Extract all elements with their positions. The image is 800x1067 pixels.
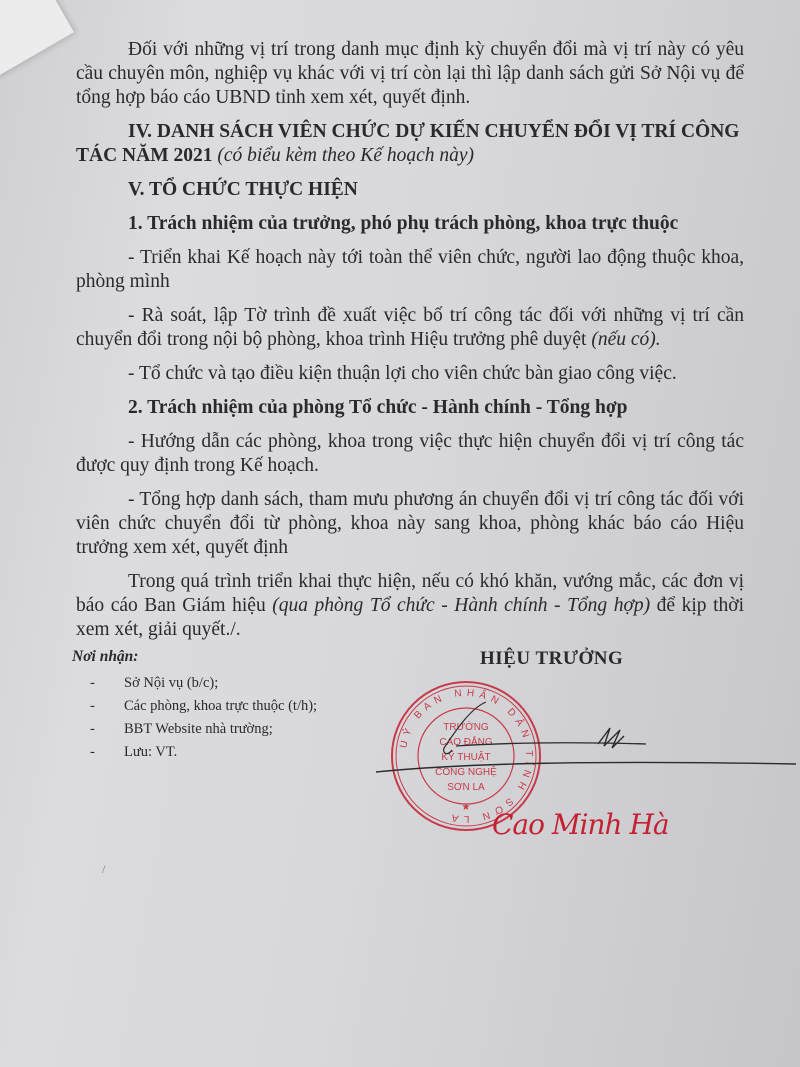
signer-title: HIỆU TRƯỞNG: [480, 648, 623, 670]
signer-name: Cao Minh Hà: [492, 808, 669, 841]
body-paragraph: - Tổng hợp danh sách, tham mưu phương án…: [76, 488, 744, 560]
recipient-item: -Lưu: VT.: [72, 741, 317, 764]
body-paragraph: - Rà soát, lập Tờ trình đề xuất việc bố …: [76, 304, 744, 352]
handwritten-signature: [376, 700, 796, 780]
recipient-item: -BBT Website nhà trường;: [72, 718, 317, 741]
document-body: Đối với những vị trí trong danh mục định…: [76, 38, 744, 652]
recipient-item: -Sở Nội vụ (b/c);: [72, 672, 317, 695]
document-page: 5C Đối với những vị trí trong danh mục đ…: [0, 0, 800, 1067]
body-paragraph: - Tổ chức và tạo điều kiện thuận lợi cho…: [76, 362, 744, 386]
svg-text:SƠN LA: SƠN LA: [447, 782, 485, 793]
section-heading: 1. Trách nhiệm của trưởng, phó phụ trách…: [76, 212, 744, 236]
recipients-title: Nơi nhận:: [72, 645, 317, 668]
section-heading: IV. DANH SÁCH VIÊN CHỨC DỰ KIẾN CHUYỂN Đ…: [76, 120, 744, 168]
section-heading: V. TỔ CHỨC THỰC HIỆN: [76, 178, 744, 202]
body-paragraph: - Triển khai Kế hoạch này tới toàn thể v…: [76, 246, 744, 294]
body-paragraph: Đối với những vị trí trong danh mục định…: [76, 38, 744, 110]
body-paragraph: Trong quá trình triển khai thực hiện, nế…: [76, 570, 744, 642]
stray-mark: /: [102, 862, 105, 877]
section-heading: 2. Trách nhiệm của phòng Tổ chức - Hành …: [76, 396, 744, 420]
body-paragraph: - Hướng dẫn các phòng, khoa trong việc t…: [76, 430, 744, 478]
stamp-star-icon: ★: [462, 802, 471, 813]
folded-corner: 5C: [0, 0, 74, 77]
recipients-list: -Sở Nội vụ (b/c);-Các phòng, khoa trực t…: [72, 672, 317, 764]
recipient-item: -Các phòng, khoa trực thuộc (t/h);: [72, 695, 317, 718]
recipients-block: Nơi nhận: -Sở Nội vụ (b/c);-Các phòng, k…: [72, 645, 317, 764]
